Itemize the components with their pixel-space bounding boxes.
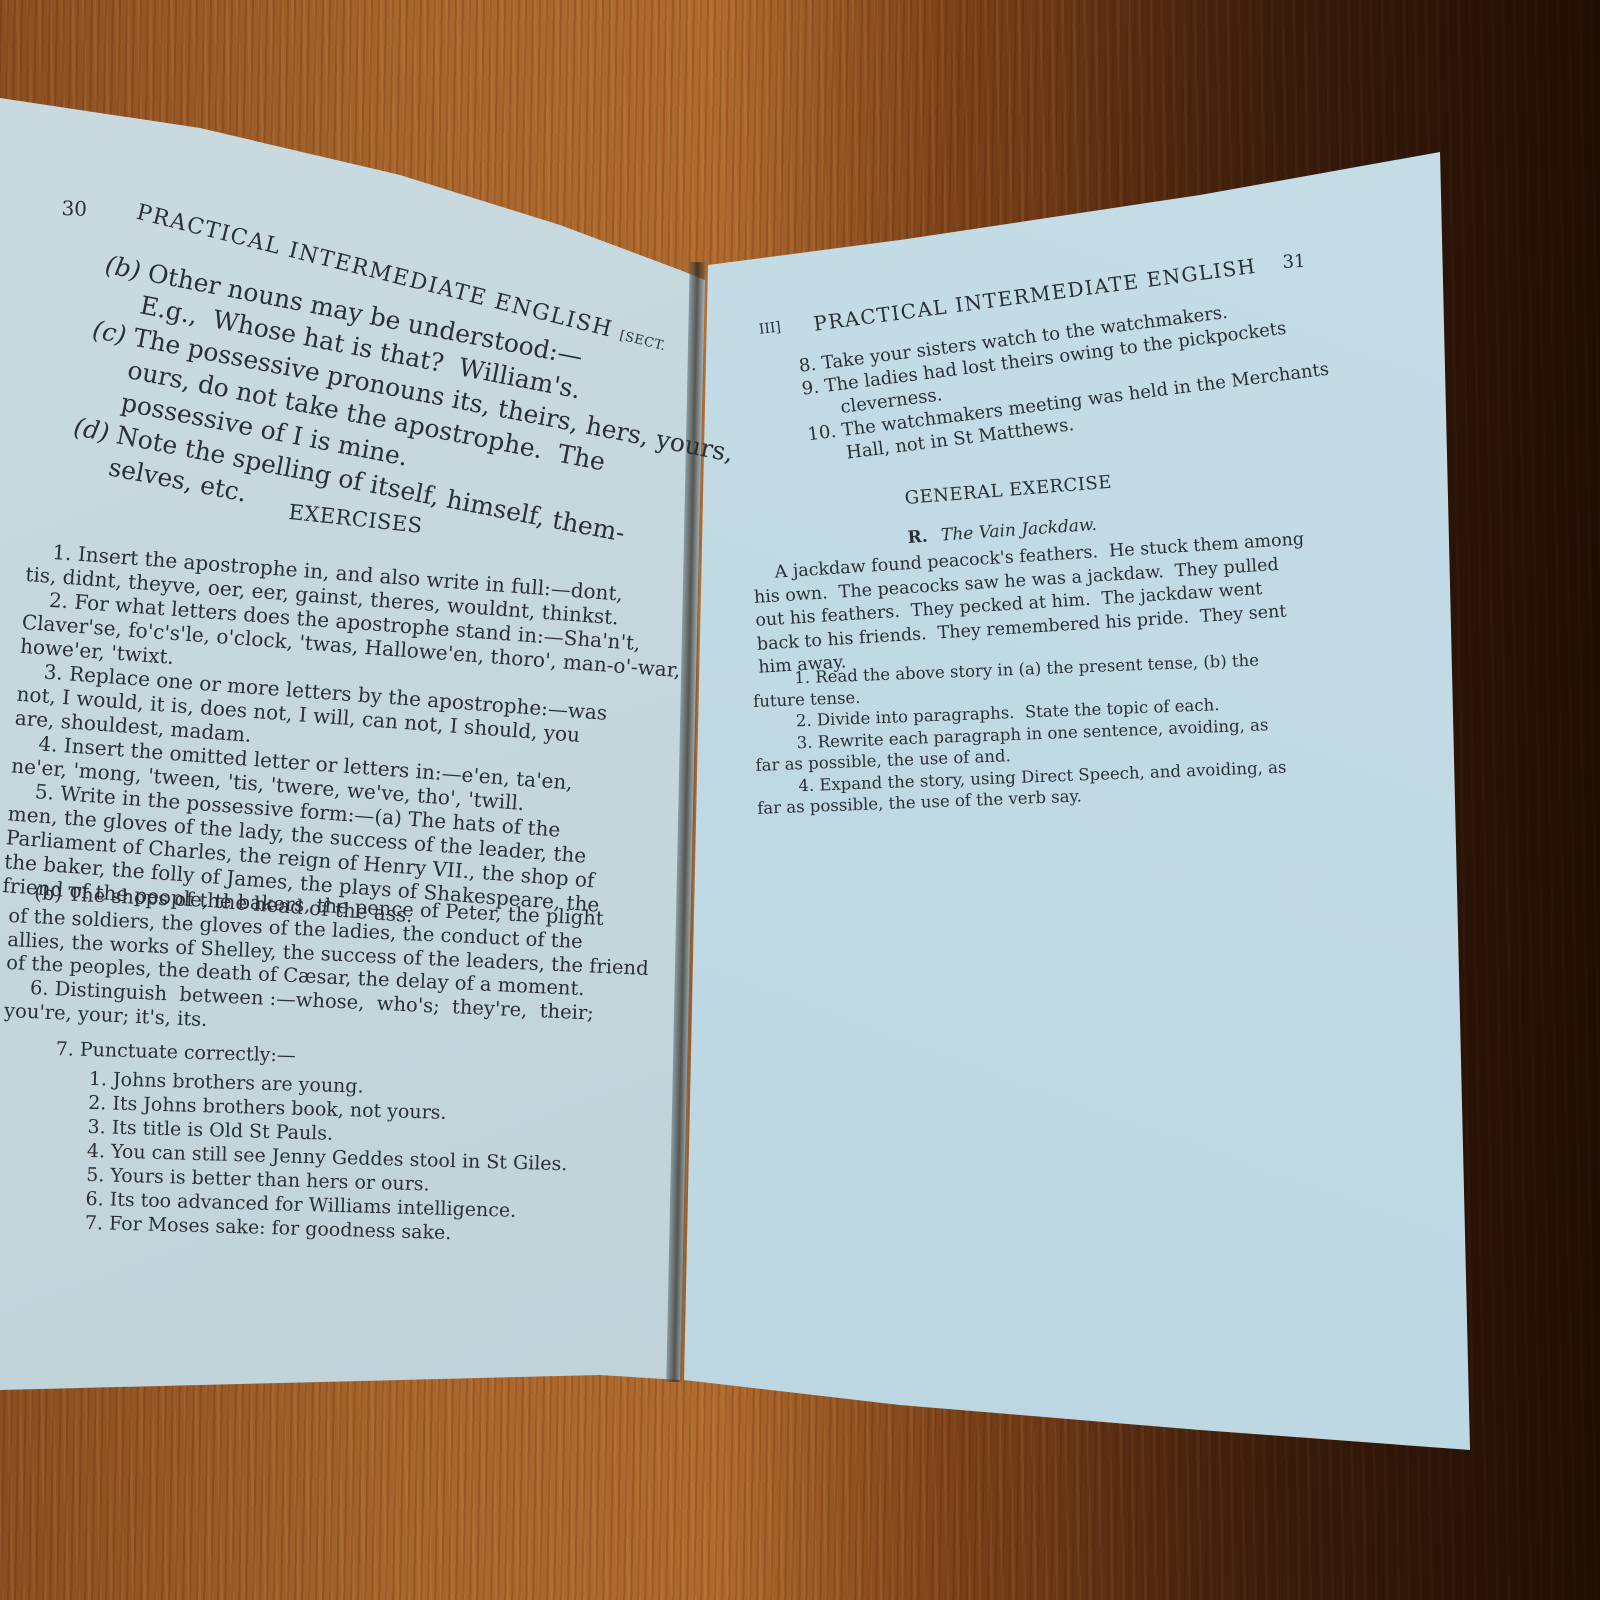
punctuate-exercise: 7. Punctuate correctly:— 1. Johns brothe… [50, 1040, 570, 1251]
note-label: (b) [103, 250, 143, 285]
right-section-mark: III] [758, 319, 782, 338]
exercise-list-part2: (b) The shops of the bakers, the pence o… [4, 882, 652, 1054]
story-letter: R. [907, 527, 928, 548]
exercise-list-part1: 1. Insert the apostrophe in, and also wr… [2, 540, 627, 943]
note-label: (d) [71, 412, 111, 447]
left-page-number: 30 [61, 196, 87, 221]
right-page-number: 31 [1282, 251, 1306, 273]
punctuate-items: 1. Johns brothers are young.2. Its Johns… [51, 1069, 570, 1246]
note-label: (c) [90, 315, 128, 350]
story-questions: 1. Read the above story in (a) the prese… [752, 652, 1288, 823]
